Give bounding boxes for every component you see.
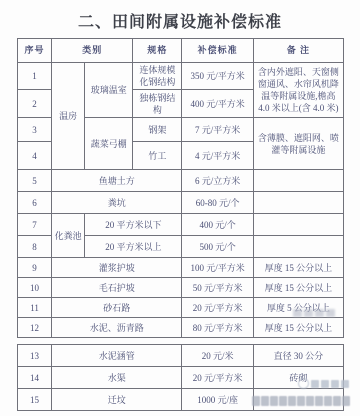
header-standard: 补偿标准 bbox=[182, 39, 253, 63]
cell-compensation: 50 元/平方米 bbox=[182, 278, 253, 298]
cell-seq: 10 bbox=[18, 278, 52, 298]
cell-compensation: 80 元/平方米 bbox=[182, 318, 253, 338]
header-category: 类别 bbox=[52, 39, 133, 63]
header-note: 备 注 bbox=[253, 39, 343, 63]
cell-compensation: 400 元/平方米 bbox=[182, 90, 253, 118]
cell-item: 水泥涵管 bbox=[52, 345, 182, 367]
cell-note: 厚度 5 公分以上 bbox=[253, 298, 343, 318]
cell-spec: 独栋钢结构 bbox=[133, 90, 182, 118]
cell-seq: 13 bbox=[18, 345, 52, 367]
cell-compensation: 20 元/平方米 bbox=[182, 367, 253, 389]
cell-spec: 钢架 bbox=[133, 118, 182, 142]
cell-item: 水泥、沥青路 bbox=[52, 318, 182, 338]
table-row: 15 迁坟 1000 元/座 bbox=[18, 389, 344, 411]
cell-compensation: 60-80 元/个 bbox=[182, 192, 253, 214]
cell-note: 含薄膜、遮阳网、喷灌等附属设施 bbox=[253, 118, 343, 170]
cell-note: 厚度 15 公分以上 bbox=[253, 318, 343, 338]
cell-seq: 12 bbox=[18, 318, 52, 338]
table-row: 12 水泥、沥青路 80 元/平方米 厚度 15 公分以上 bbox=[18, 318, 344, 338]
cell-note bbox=[253, 389, 343, 411]
header-spec: 规格 bbox=[133, 39, 182, 63]
cell-compensation: 350 元/平方米 bbox=[182, 63, 253, 90]
cell-item: 迁坟 bbox=[52, 389, 182, 411]
cell-seq: 2 bbox=[18, 90, 52, 118]
cell-compensation: 400 元/个 bbox=[182, 214, 253, 236]
cell-compensation: 20 元/平方米 bbox=[182, 298, 253, 318]
cell-seq: 14 bbox=[18, 367, 52, 389]
table-row: 10 毛石护坡 50 元/平方米 厚度 15 公分以上 bbox=[18, 278, 344, 298]
cell-compensation: 100 元/平方米 bbox=[182, 258, 253, 278]
cell-category-septic-tank: 化粪池 bbox=[52, 214, 85, 258]
document-page: 二、田间附属设施补偿标准 序号 类别 规格 补偿标准 备 注 1 温房 玻璃温室… bbox=[0, 0, 360, 416]
cell-seq: 4 bbox=[18, 142, 52, 170]
cell-seq: 3 bbox=[18, 118, 52, 142]
table-row: 11 砂石路 20 元/平方米 厚度 5 公分以上 bbox=[18, 298, 344, 318]
table-row: 1 温房 玻璃温室 连体规模化钢结构 350 元/平方米 含内外遮阳、天窗侧窗通… bbox=[18, 63, 344, 90]
cell-note bbox=[253, 236, 343, 258]
cell-note bbox=[253, 170, 343, 192]
cell-compensation: 1000 元/座 bbox=[182, 389, 253, 411]
cell-compensation: 6 元/立方米 bbox=[182, 170, 253, 192]
cell-spec: 竹工 bbox=[133, 142, 182, 170]
compensation-table-secondary: 13 水泥涵管 20 元/米 直径 30 公分 14 水渠 20 元/平方米 砖… bbox=[17, 344, 344, 411]
table-row: 7 化粪池 20 平方米以下 400 元/个 bbox=[18, 214, 344, 236]
cell-seq: 9 bbox=[18, 258, 52, 278]
cell-compensation: 4 元/平方米 bbox=[182, 142, 253, 170]
cell-seq: 11 bbox=[18, 298, 52, 318]
cell-seq: 1 bbox=[18, 63, 52, 90]
cell-note: 砖砌 bbox=[253, 367, 343, 389]
cell-note: 厚度 15 公分以上 bbox=[253, 278, 343, 298]
cell-spec: 连体规模化钢结构 bbox=[133, 63, 182, 90]
cell-seq: 7 bbox=[18, 214, 52, 236]
cell-item: 鱼塘土方 bbox=[52, 170, 182, 192]
cell-item: 砂石路 bbox=[52, 298, 182, 318]
compensation-table-main: 序号 类别 规格 补偿标准 备 注 1 温房 玻璃温室 连体规模化钢结构 350… bbox=[17, 38, 344, 338]
table-row: 6 粪坑 60-80 元/个 bbox=[18, 192, 344, 214]
cell-item: 水渠 bbox=[52, 367, 182, 389]
cell-note: 直径 30 公分 bbox=[253, 345, 343, 367]
cell-note: 含内外遮阳、天窗侧窗通风、水帘风机降温等附属设施,檐高 4.0 米以上(含 4.… bbox=[253, 63, 343, 118]
table-row: 13 水泥涵管 20 元/米 直径 30 公分 bbox=[18, 345, 344, 367]
cell-category-greenhouse-group: 温房 bbox=[52, 63, 85, 170]
cell-item: 毛石护坡 bbox=[52, 278, 182, 298]
table-row: 14 水渠 20 元/平方米 砖砌 bbox=[18, 367, 344, 389]
table-header-row: 序号 类别 规格 补偿标准 备 注 bbox=[18, 39, 344, 63]
cell-spec: 20 平方米以下 bbox=[85, 214, 182, 236]
cell-note: 厚度 15 公分以上 bbox=[253, 258, 343, 278]
cell-seq: 15 bbox=[18, 389, 52, 411]
cell-compensation: 7 元/平方米 bbox=[182, 118, 253, 142]
cell-seq: 8 bbox=[18, 236, 52, 258]
cell-compensation: 20 元/米 bbox=[182, 345, 253, 367]
cell-category-glass-greenhouse: 玻璃温室 bbox=[85, 63, 133, 118]
table-row: 9 灌浆护坡 100 元/平方米 厚度 15 公分以上 bbox=[18, 258, 344, 278]
table-row: 5 鱼塘土方 6 元/立方米 bbox=[18, 170, 344, 192]
cell-item: 粪坑 bbox=[52, 192, 182, 214]
cell-seq: 6 bbox=[18, 192, 52, 214]
cell-spec: 20 平方米以上 bbox=[85, 236, 182, 258]
cell-compensation: 500 元/个 bbox=[182, 236, 253, 258]
cell-item: 灌浆护坡 bbox=[52, 258, 182, 278]
cell-category-vegetable-arch-shed: 蔬菜弓棚 bbox=[85, 118, 133, 170]
cell-seq: 5 bbox=[18, 170, 52, 192]
cell-note bbox=[253, 214, 343, 236]
header-no: 序号 bbox=[18, 39, 52, 63]
cell-note bbox=[253, 192, 343, 214]
page-title: 二、田间附属设施补偿标准 bbox=[0, 0, 360, 32]
